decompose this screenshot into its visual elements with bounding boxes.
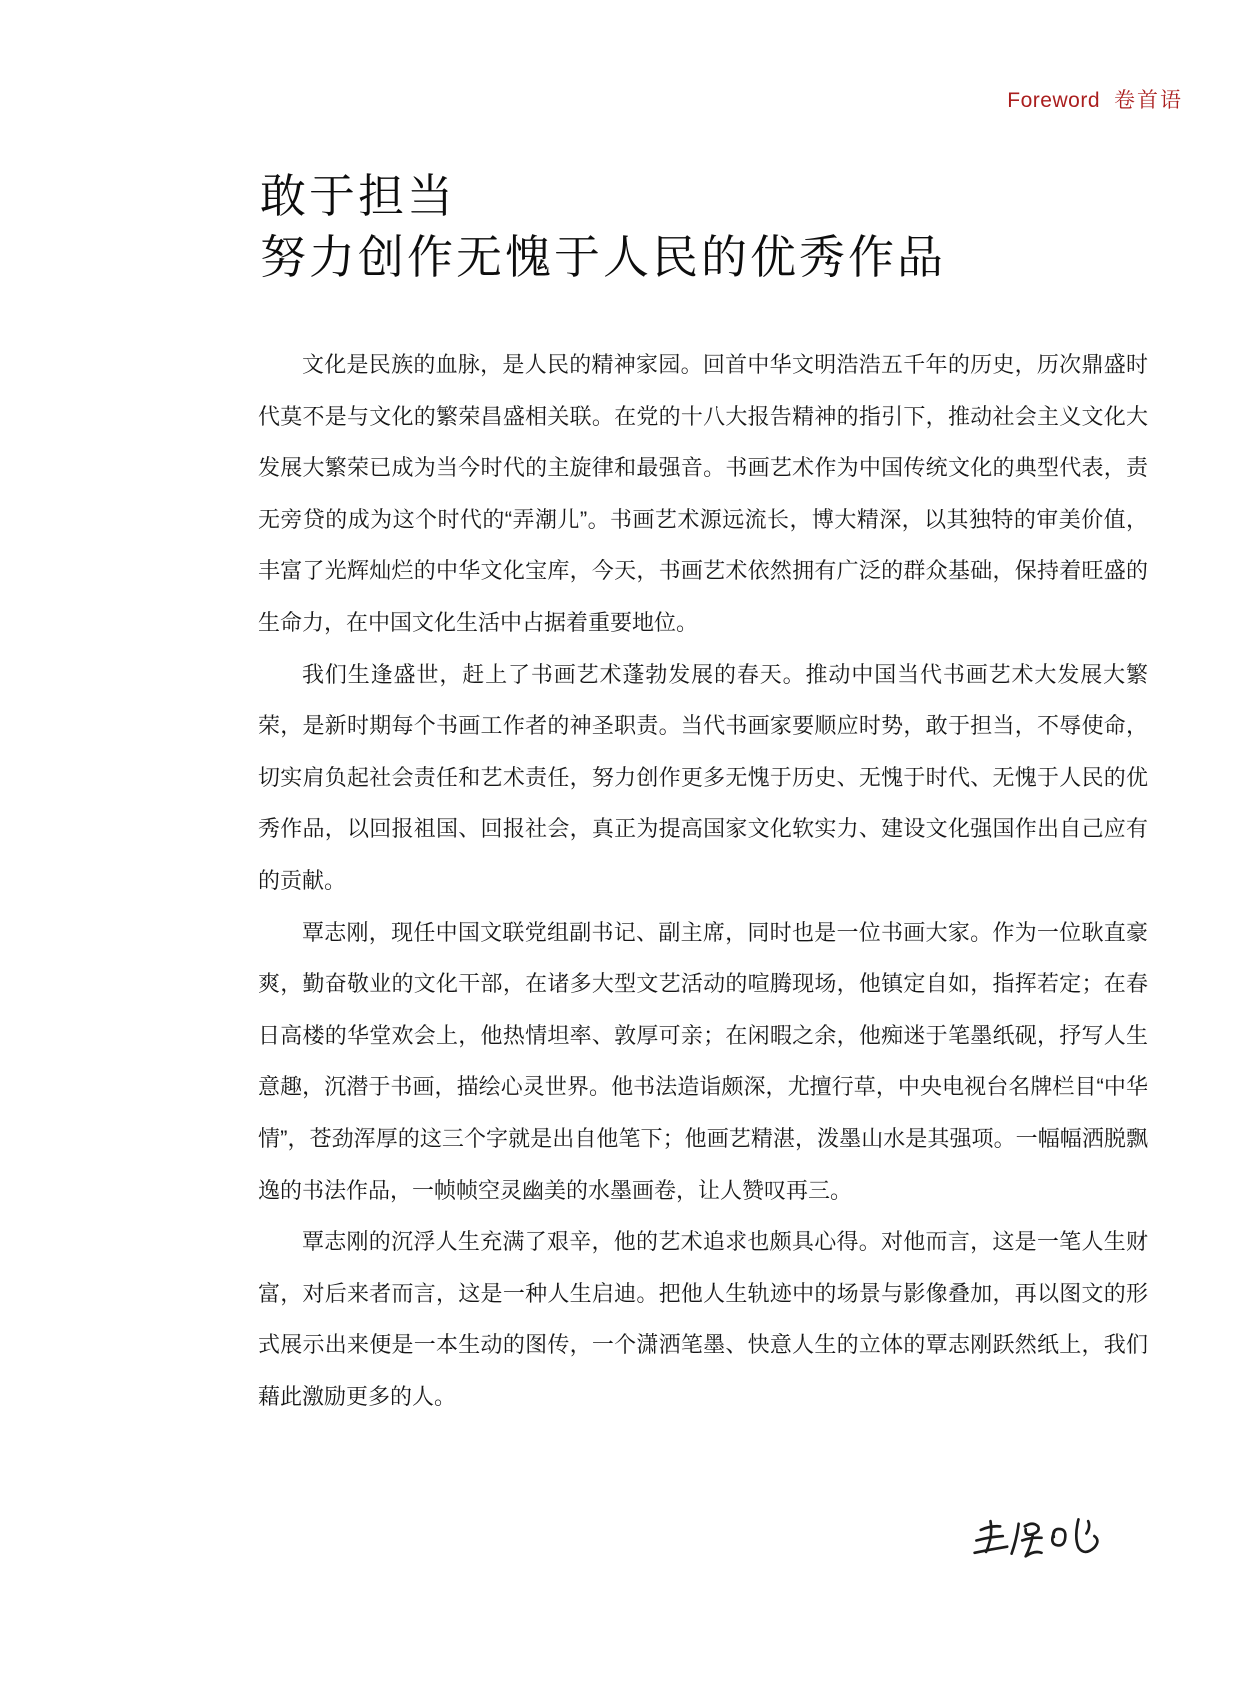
body-paragraph-2: 我们生逢盛世，赶上了书画艺术蓬勃发展的春天。推动中国当代书画艺术大发展大繁荣，是… xyxy=(258,649,1148,907)
foreword-body: 文化是民族的血脉，是人民的精神家园。回首中华文明浩浩五千年的历史，历次鼎盛时代莫… xyxy=(258,339,1148,1422)
body-paragraph-3: 覃志刚，现任中国文联党组副书记、副主席，同时也是一位书画大家。作为一位耿直豪爽，… xyxy=(258,907,1148,1217)
body-paragraph-4: 覃志刚的沉浮人生充满了艰辛，他的艺术追求也颇具心得。对他而言，这是一笔人生财富，… xyxy=(258,1216,1148,1422)
folio-header: Foreword卷首语 xyxy=(1007,84,1183,114)
foreword-label-en: Foreword xyxy=(1007,89,1100,112)
signature-ink-icon xyxy=(972,1512,1104,1576)
signature xyxy=(972,1512,1104,1576)
body-paragraph-1: 文化是民族的血脉，是人民的精神家园。回首中华文明浩浩五千年的历史，历次鼎盛时代莫… xyxy=(258,339,1148,649)
foreword-page: Foreword卷首语 敢于担当 努力创作无愧于人民的优秀作品 文化是民族的血脉… xyxy=(0,0,1240,1683)
page-title-line1: 敢于担当 xyxy=(260,166,1090,227)
page-title: 敢于担当 努力创作无愧于人民的优秀作品 xyxy=(260,166,1090,288)
foreword-label-zh: 卷首语 xyxy=(1114,89,1183,112)
page-title-line2: 努力创作无愧于人民的优秀作品 xyxy=(260,227,1090,288)
